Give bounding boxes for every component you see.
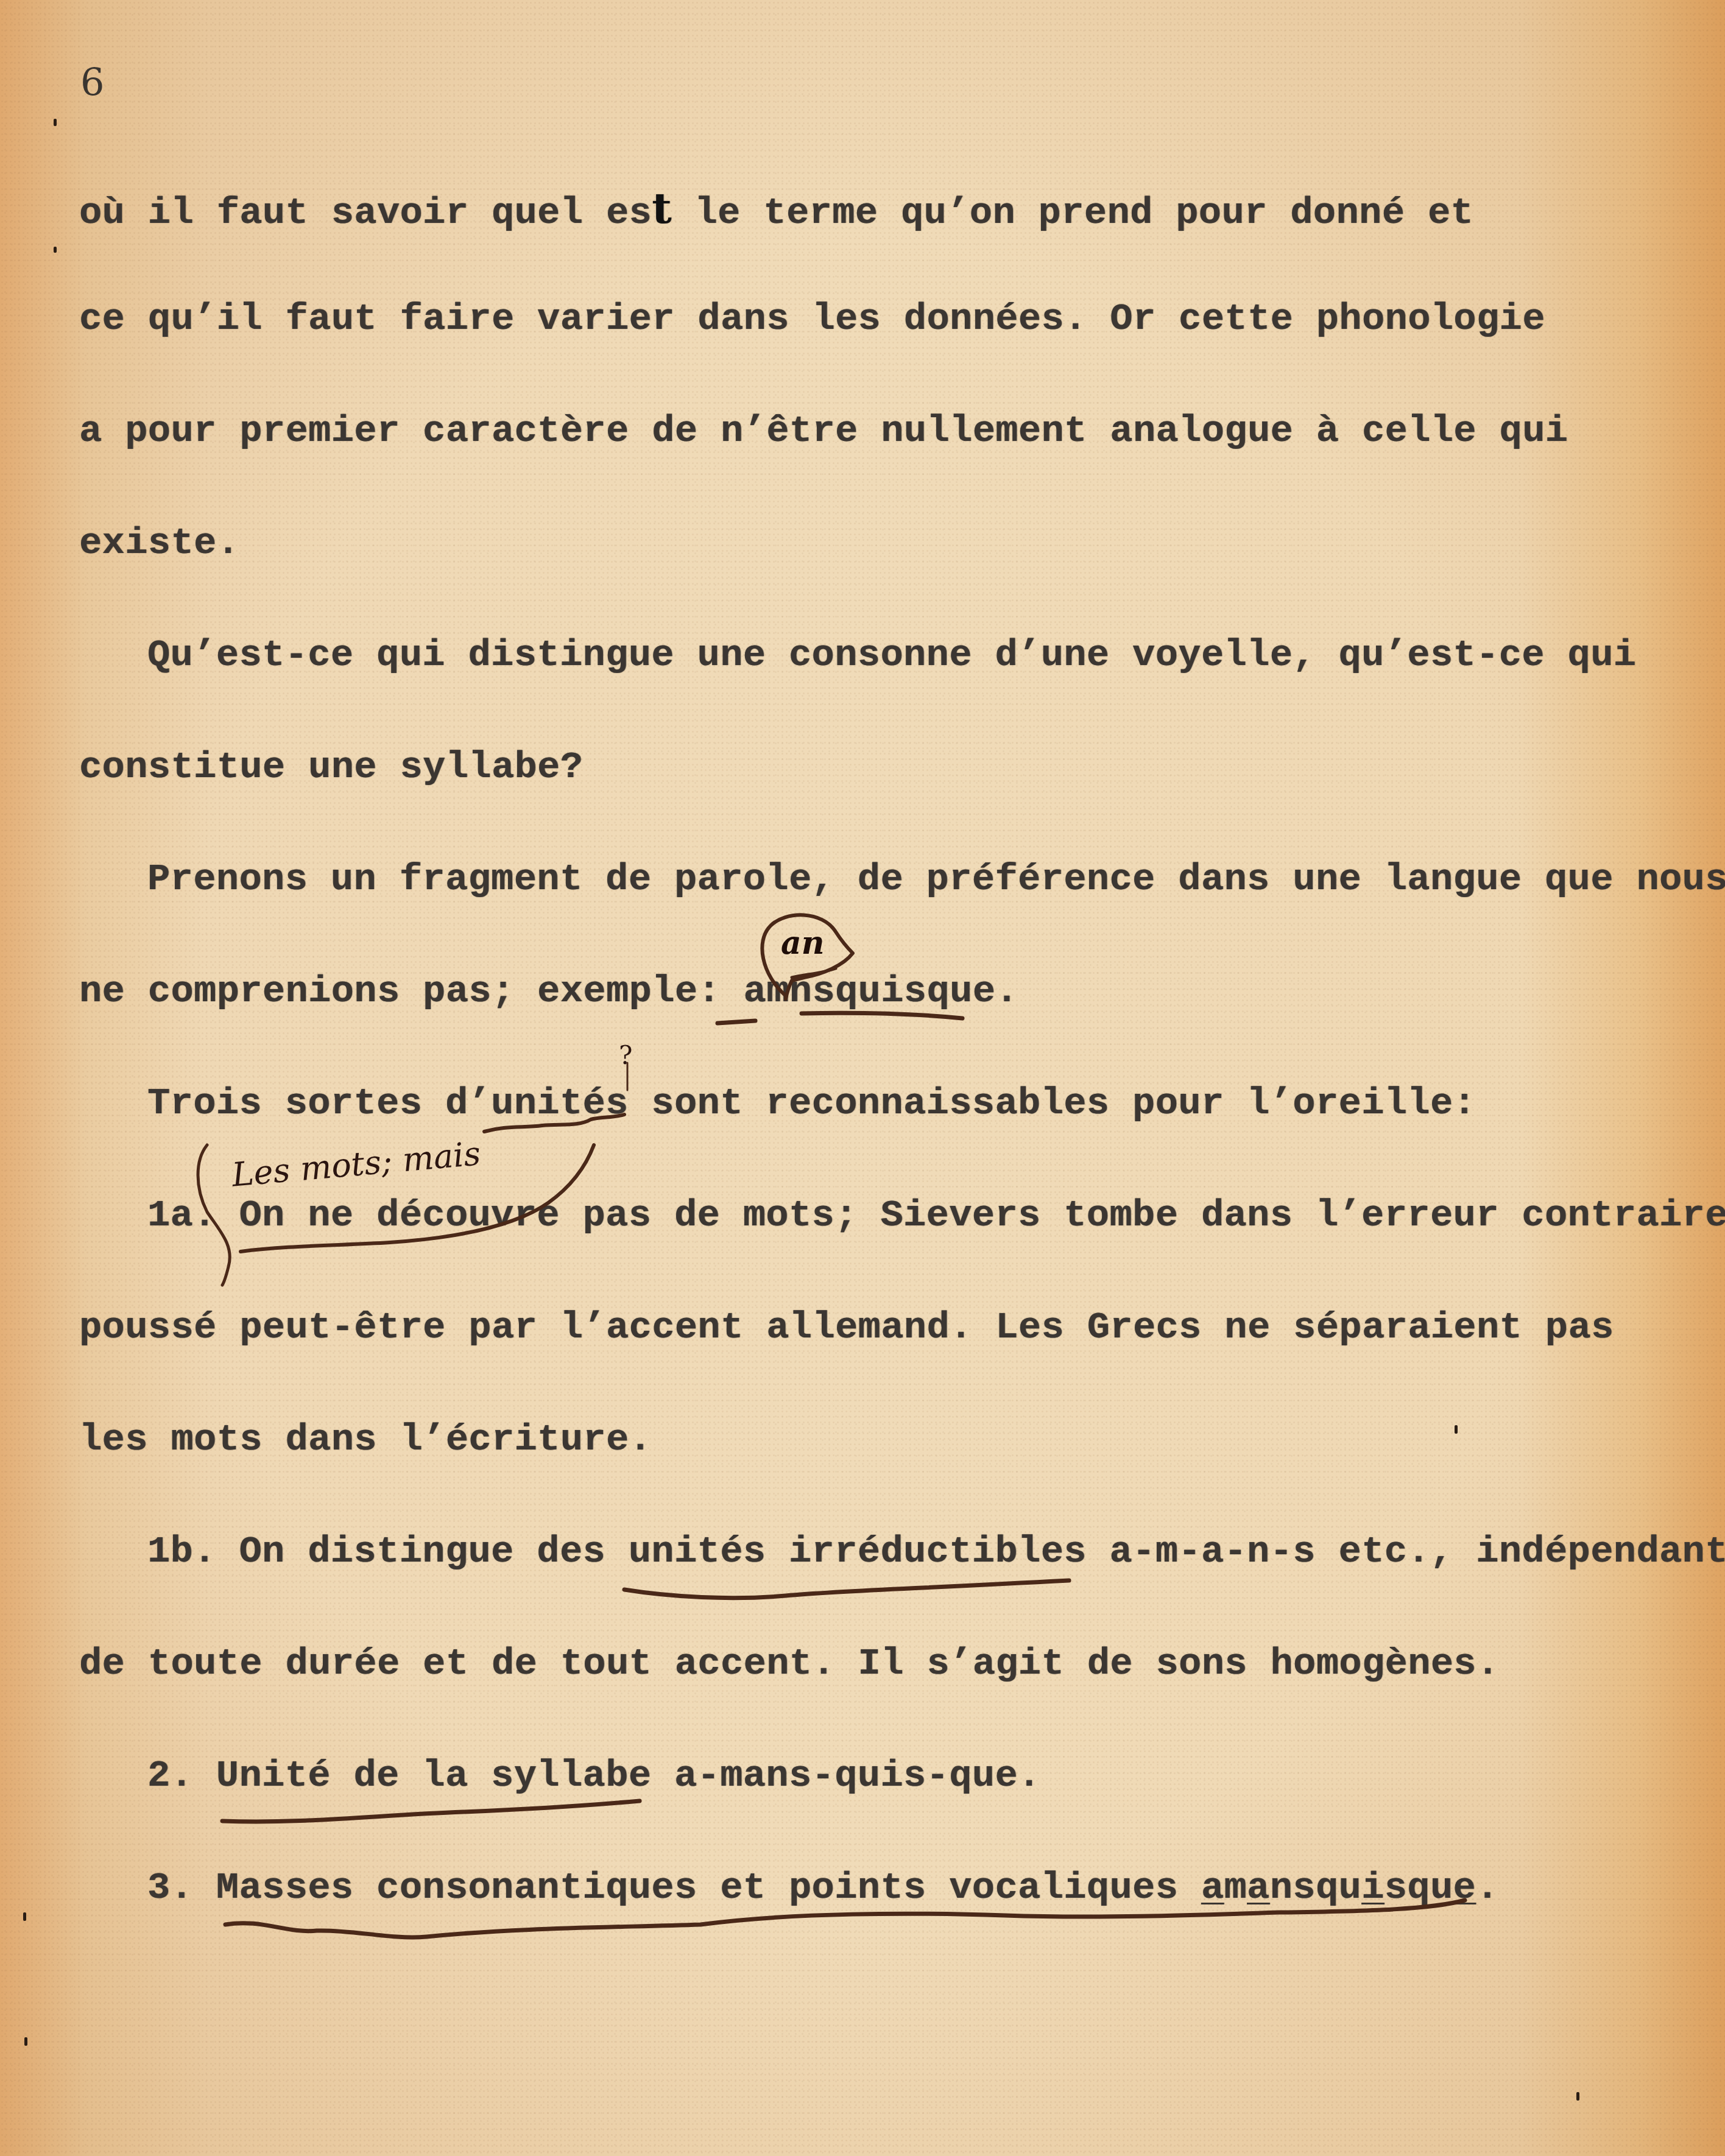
text-line-10: 1a. On ne découvre pas de mots; Sievers … [147,1194,1725,1237]
line-text: 1b. On distingue des [147,1530,629,1573]
text-line-16: 3. Masses consonantiques et points vocal… [147,1866,1499,1909]
line-text: . [995,970,1018,1013]
handwritten-correction-t: t [652,183,672,233]
underline-am [718,1021,755,1023]
text-line-15: 2. Unité de la syllabe a-mans-quis-que. [147,1754,1041,1797]
underline-unites-irreductibles [624,1580,1069,1598]
handwritten-margin-note: Les mots; mais [230,1134,482,1194]
paper-speck [54,247,57,253]
text-line-5: Qu’est-ce qui distingue une consonne d’u… [147,633,1636,677]
paper-speck [54,119,57,126]
line-text: sont reconnaissables pour l’oreille: [629,1082,1476,1125]
example-word: amnsquisque [744,970,996,1013]
line-text: ne comprenions pas; exemple: [79,970,744,1013]
page-number: 6 [80,60,104,104]
text-line-9: Trois sortes d’unités sont reconnaissabl… [147,1082,1476,1125]
typed-underlined-vowel: a [1201,1866,1224,1909]
letter: u [1430,1866,1453,1909]
letters: nsqu [1270,1866,1361,1909]
typed-underlined-vowel: i [1361,1866,1385,1909]
text-line-11: poussé peut-être par l’accent allemand. … [79,1306,1614,1349]
text-line-7: Prenons un fragment de parole, de préfér… [147,858,1725,901]
line-text: où il faut savoir quel es [79,191,652,234]
text-line-6: constitue une syllabe? [79,745,583,789]
paper-speck [1455,1425,1458,1434]
line-text: a-m-a-n-s etc., indépendante [1087,1530,1725,1573]
line-text: 3. [147,1866,216,1909]
text-line-12: les mots dans l’écriture. [79,1418,652,1461]
underline-squisque [802,1013,962,1018]
handwritten-correction-an: an [781,925,825,962]
underlined-phrase-masses: Masses consonantiques et points vocaliqu… [216,1866,1201,1909]
paper-speck [1576,2092,1579,2101]
letter: m [1224,1866,1247,1909]
line-text: a-mans-quis-que. [651,1754,1040,1797]
letters: sq [1385,1866,1430,1909]
handwritten-query-mark: ? [619,1040,633,1070]
text-line-2: ce qu’il faut faire varier dans les donn… [79,297,1545,340]
text-line-13: 1b. On distingue des unités irréductible… [147,1530,1725,1573]
line-text: le terme qu’on prend pour donné et [672,191,1473,234]
line-text: . [1476,1866,1499,1909]
text-line-3: a pour premier caractère de n’être nulle… [79,409,1568,453]
underlined-phrase-unite-syllabe: Unité de la syllabe [216,1754,652,1797]
text-line-14: de toute durée et de tout accent. Il s’a… [79,1642,1500,1685]
underlined-word-unites: unités [491,1082,629,1125]
typed-underlined-vowel: e [1453,1866,1476,1909]
paper-speck [23,1912,26,1921]
line-text: Trois sortes d’ [147,1082,491,1125]
text-line-4: existe. [79,521,239,565]
line-text: 2. [147,1754,216,1797]
text-line-1: où il faut savoir quel est le terme qu’o… [79,183,1473,234]
underline-unite-syllabe [222,1801,640,1822]
underlined-phrase-unites-irreductibles: unités irréductibles [629,1530,1087,1573]
text-line-8: ne comprenions pas; exemple: amnsquisque… [79,970,1018,1013]
paper-speck [24,2037,27,2046]
typed-underlined-vowel: a [1247,1866,1270,1909]
